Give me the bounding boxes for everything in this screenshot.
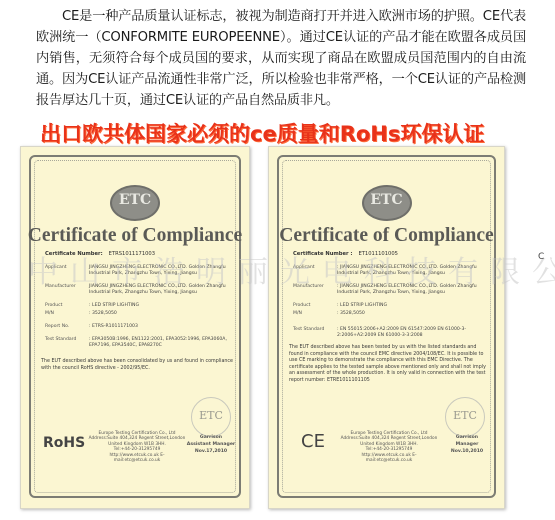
- etc-seal-icon: ETC: [445, 397, 485, 437]
- banner-heading: 出口欧共体国家必须的ce质量和RoHs环保认证: [40, 118, 540, 148]
- signatory: GarrisonAssistant ManagerNov.17,2010: [185, 434, 237, 455]
- rohs-certificate: ETC Certificate of Compliance Certificat…: [20, 146, 250, 509]
- ce-certificate: ETC Certificate of Compliance Certificat…: [268, 146, 505, 509]
- field-row: Test Standard: EPA3050B:1996, EN1122:200…: [45, 337, 235, 349]
- edge-fragment: C: [538, 252, 544, 262]
- signatory: GarrisonManagerNov.10,2010: [443, 434, 491, 455]
- ce-mark-icon: CE: [301, 431, 325, 452]
- intro-paragraph: CE是一种产品质量认证标志，被视为制造商打开并进入欧洲市场的护照。CE代表欧洲统…: [36, 6, 526, 111]
- company-watermark: 中山市浩明丽光电科技有限公司: [28, 247, 555, 291]
- field-row: Report No.: ETRS-R1011171003: [45, 324, 235, 330]
- field-row: Product: LED STRIP LIGHTING: [45, 303, 235, 309]
- field-row: M/N: 3528,5050: [45, 311, 235, 317]
- intro-text: CE是一种产品质量认证标志，被视为制造商打开并进入欧洲市场的护照。CE代表欧洲统…: [36, 6, 526, 111]
- certificate-statement: The EUT described above has been tested …: [289, 345, 488, 385]
- etc-logo-icon: ETC: [110, 185, 160, 221]
- field-row: M/N: 3528,5050: [293, 311, 490, 317]
- issuer-address: Europe Testing Certification Co., LtdAdd…: [339, 431, 439, 463]
- certificate-title: Certificate of Compliance: [21, 225, 249, 247]
- rohs-mark-icon: RoHS: [43, 435, 85, 451]
- certificate-title: Certificate of Compliance: [269, 225, 504, 247]
- issuer-address: Europe Testing Certification Co., LtdAdd…: [87, 431, 187, 463]
- field-row: Product: LED STRIP LIGHTING: [293, 303, 490, 309]
- etc-logo-icon: ETC: [362, 185, 412, 221]
- etc-seal-icon: ETC: [191, 397, 231, 437]
- field-row: Test Standard: EN 55015:2006+A2:2009 EN …: [293, 327, 490, 339]
- certificate-statement: The EUT described above has been consoli…: [41, 359, 233, 372]
